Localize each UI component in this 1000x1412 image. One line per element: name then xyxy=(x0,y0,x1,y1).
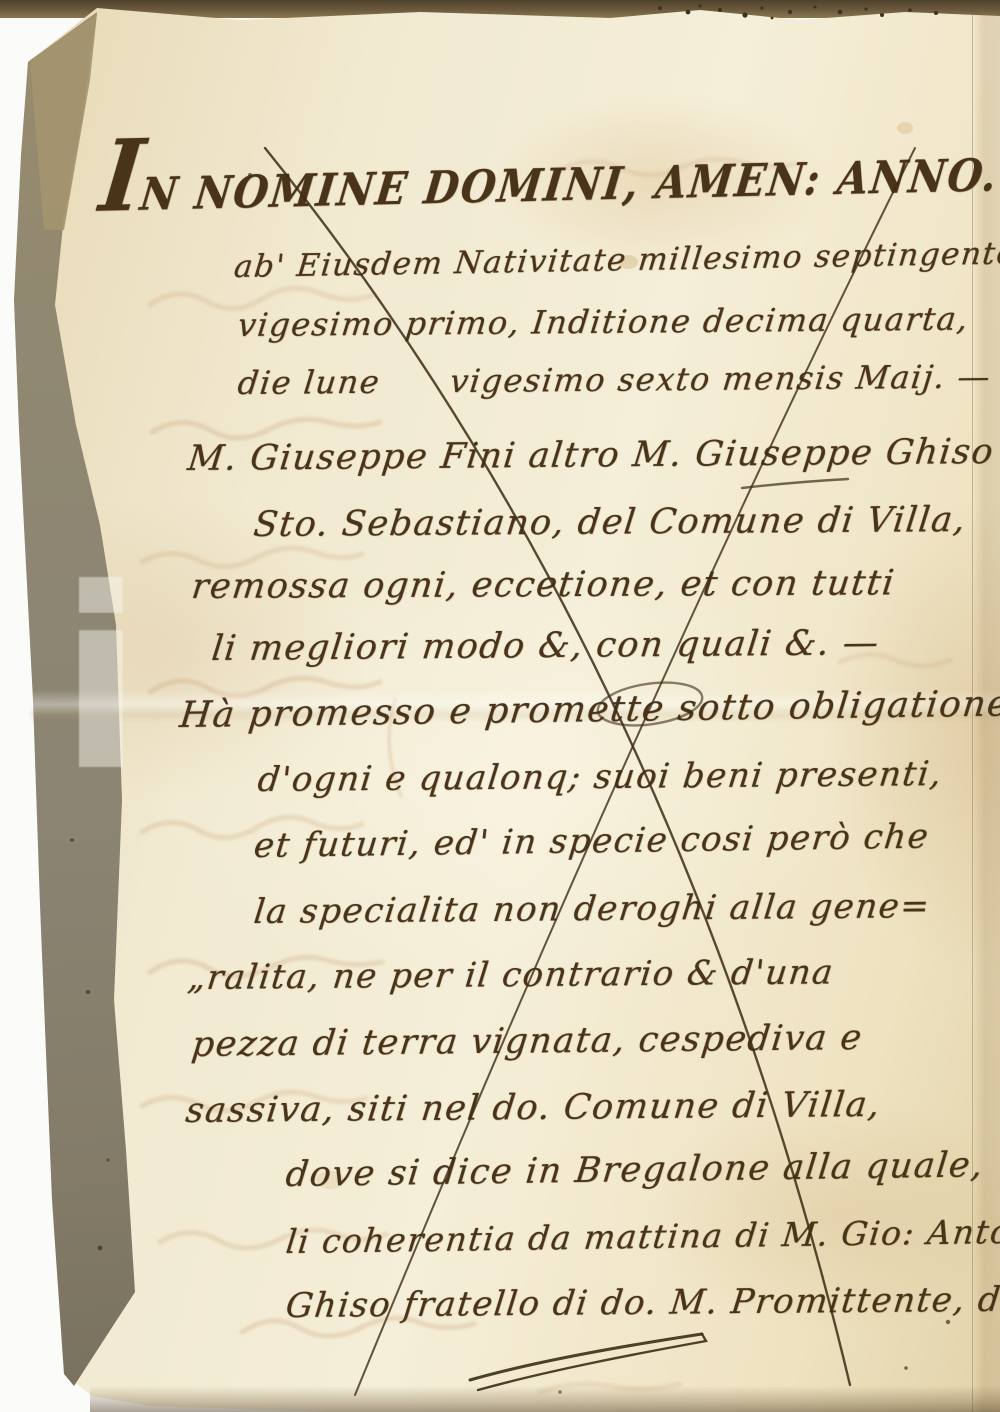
watermark-letter-i: i xyxy=(58,556,144,806)
manuscript-line: „ralita, ne per il contrario & d'una xyxy=(186,954,836,997)
manuscript-line: die lune vigesimo sexto mensis Maij. — xyxy=(236,359,993,401)
manuscript-line: remossa ogni, eccetione, et con tutti xyxy=(189,564,897,606)
manuscript-line: vigesimo primo, Inditione decima quarta, xyxy=(236,302,971,344)
manuscript-line: Ghiso fratello di do. M. Promittente, da xyxy=(284,1282,1000,1326)
manuscript-line: M. Giuseppe Fini altro M. Giuseppe Ghiso… xyxy=(186,433,1000,479)
manuscript-line: la specialita non deroghi alla gene= xyxy=(252,888,933,931)
manuscript-line: li megliori modo &, con quali &. — xyxy=(210,624,882,668)
document-title: IN NOMINE DOMINI, AMEN: ANNO. xyxy=(95,101,1000,231)
scanned-document-photo: IN NOMINE DOMINI, AMEN: ANNO. ab' Eiusde… xyxy=(0,0,1000,1412)
manuscript-line: sassiva, siti nel do. Comune di Villa, xyxy=(184,1086,883,1131)
manuscript-line: pezza di terra vignata, cespediva e xyxy=(190,1019,865,1065)
manuscript-line: d'ogni e qualonq; suoi beni presenti, xyxy=(256,756,945,799)
manuscript-line: Sto. Sebastiano, del Comune di Villa, xyxy=(252,501,969,545)
bottom-edge-shadow xyxy=(90,1386,1000,1412)
